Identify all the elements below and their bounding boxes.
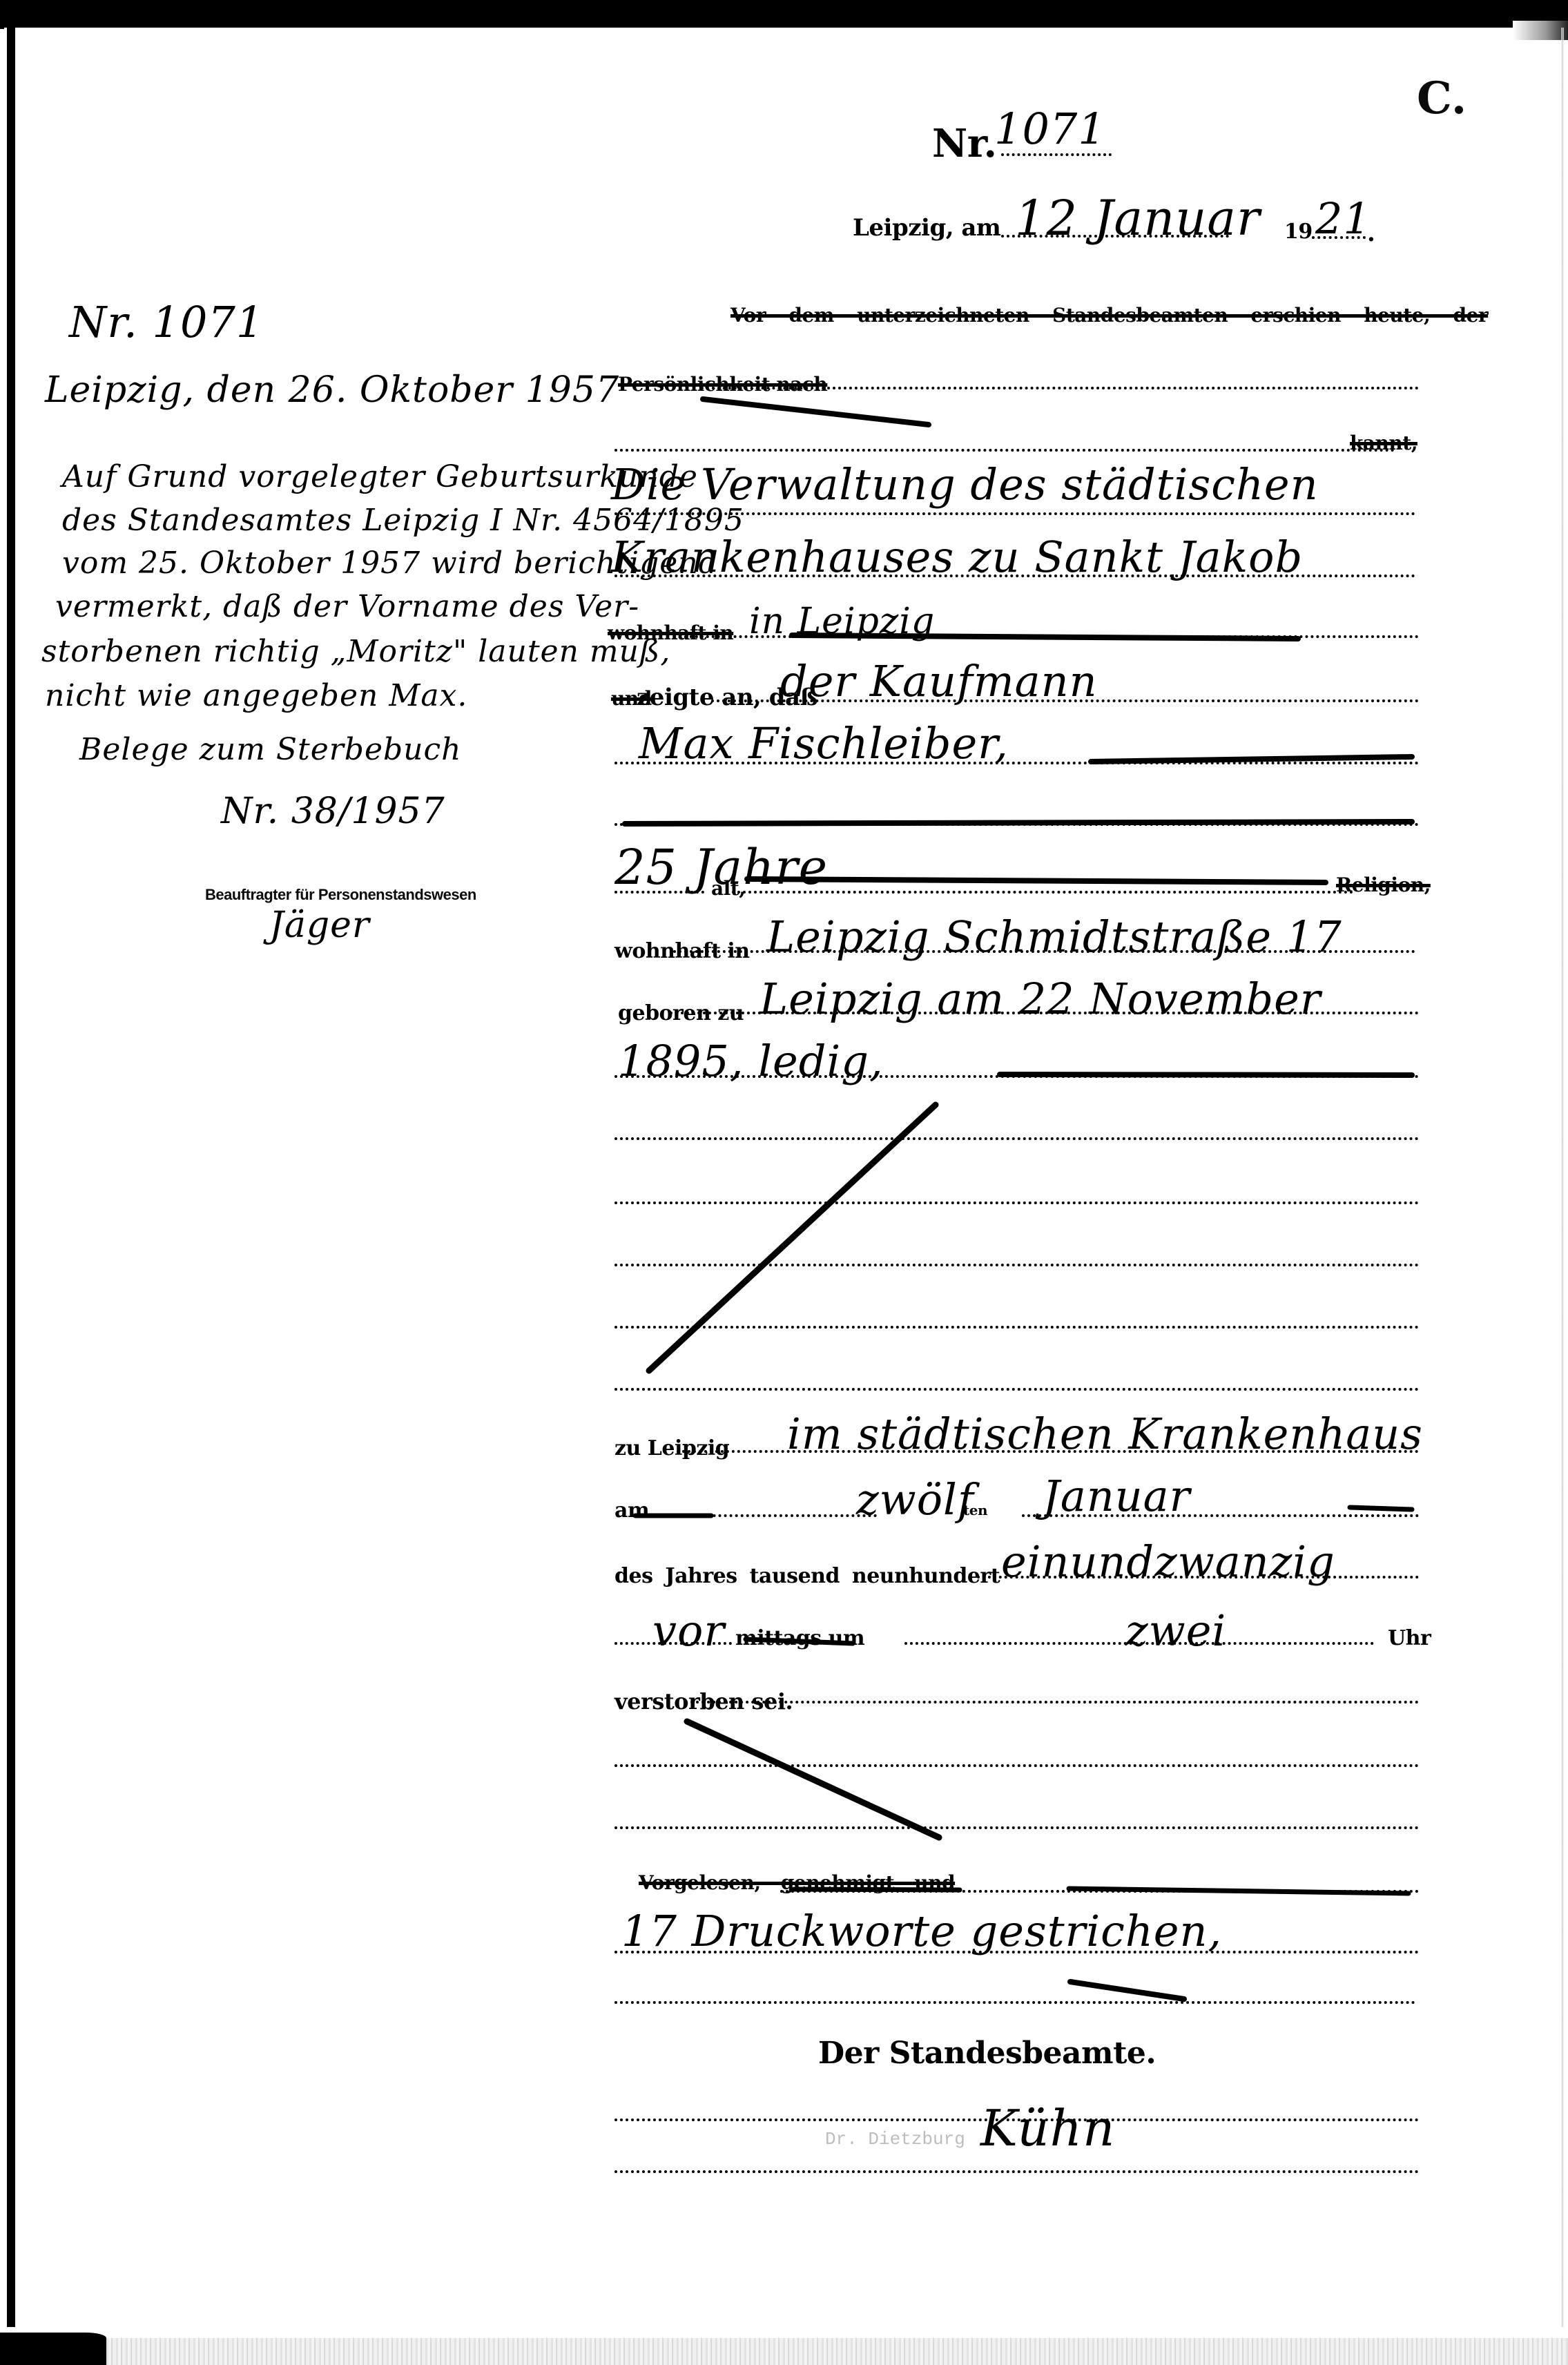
form-line (614, 823, 1419, 826)
form-line (677, 1450, 1419, 1453)
form-line (614, 1826, 1419, 1829)
date-line (1001, 235, 1229, 238)
form-line (635, 1514, 877, 1517)
form-line (780, 1890, 1419, 1893)
form-line (614, 449, 1395, 452)
official-title: Der Standesbeamte. (818, 2036, 1156, 2071)
margin-line-4: vermerkt, daß der Vorname des Ver- (55, 589, 639, 624)
scan-left-border (7, 28, 15, 2327)
scan-top-border (0, 0, 1568, 28)
form-line (614, 1137, 1419, 1140)
deleted-words-note: 17 Druckworte gestrichen, (621, 1906, 1222, 1956)
death-place-label: zu Leipzig (614, 1436, 729, 1460)
date-period: . (1367, 220, 1375, 247)
form-line (614, 1264, 1419, 1266)
form-line (614, 1951, 1419, 1953)
form-line (614, 2170, 1419, 2173)
form-line (614, 1764, 1419, 1767)
form-line (977, 1576, 1419, 1579)
religion-struck: Religion, (1336, 873, 1431, 896)
form-line (614, 1201, 1419, 1204)
form-line (614, 1075, 1419, 1078)
time-prefix-value: vor (652, 1605, 725, 1656)
form-line (673, 950, 1415, 953)
intro-struck-text: Vor dem unterzeichneten Standesbeamten e… (730, 304, 1488, 327)
year-prefix: 19 (1284, 220, 1313, 244)
known-struck-text: kannt, (1350, 432, 1417, 454)
official-stamp: Beauftragter für Personenstandswesen (205, 886, 476, 904)
margin-line-3: vom 25. Oktober 1957 wird berichtigend (62, 546, 719, 581)
form-line (614, 2118, 1419, 2121)
form-line (1022, 1514, 1419, 1517)
form-line (673, 635, 1419, 638)
hour-value: zwei (1125, 1605, 1226, 1656)
number-line (1001, 153, 1112, 156)
form-line (904, 1642, 1374, 1645)
scan-bottom-corner (0, 2333, 106, 2365)
form-line (614, 762, 1419, 764)
margin-number: Nr. 1071 (69, 297, 264, 347)
year-value: einundzwanzig (1001, 1536, 1335, 1587)
form-line (670, 1012, 1419, 1014)
margin-reference-2: Nr. 38/1957 (221, 791, 445, 832)
cancellation-strokes (0, 0, 1568, 2365)
form-line (614, 891, 704, 894)
day-label: am (614, 1498, 649, 1523)
time-label: mittags um (735, 1626, 864, 1650)
form-line (732, 891, 1353, 894)
section-letter: C. (1417, 73, 1467, 124)
identity-struck-text: Persönlichkeit nach (618, 373, 827, 396)
year-label: des Jahres tausend neunhundert (614, 1564, 1000, 1588)
age-label: alt, (711, 877, 745, 900)
form-line (690, 1701, 1419, 1703)
number-label: Nr. (932, 121, 997, 166)
margin-signature: Jäger (269, 905, 370, 946)
form-line (614, 1326, 1419, 1329)
faint-stamp: Dr. Dietzburg (825, 2129, 965, 2150)
year-line (1312, 236, 1366, 239)
form-line (614, 1388, 1419, 1391)
day-value: zwölf (856, 1474, 974, 1525)
scan-bottom-edge (106, 2338, 1568, 2365)
official-signature: Kühn (980, 2099, 1115, 2157)
margin-line-5: storbenen richtig „Moritz" lauten muß, (41, 634, 670, 669)
margin-line-1: Auf Grund vorgelegter Geburtsurkunde (62, 459, 698, 494)
margin-line-2: des Standesamtes Leipzig I Nr. 4564/1895 (62, 503, 744, 538)
form-line (614, 2001, 1415, 2004)
hour-label: Uhr (1388, 1626, 1431, 1650)
address-value: Leipzig Schmidtstraße 17 (766, 911, 1342, 962)
margin-line-6: nicht wie angegeben Max. (45, 678, 467, 713)
day-suffix: ten (963, 1502, 987, 1518)
margin-reference-1: Belege zum Sterbebuch (79, 732, 462, 767)
form-line (614, 1642, 732, 1645)
born-value-2: 1895, ledig, (618, 1036, 884, 1086)
place-date-label: Leipzig, am (853, 214, 1000, 242)
form-line (614, 575, 1415, 577)
born-value: Leipzig am 22 November (759, 974, 1321, 1024)
number-value: 1071 (994, 104, 1106, 154)
margin-date: Leipzig, den 26. Oktober 1957 (45, 369, 619, 411)
form-line (701, 387, 1419, 389)
date-value: 12 Januar (1015, 190, 1260, 247)
page-right-edge (1561, 28, 1564, 2327)
scan-left-border-top (0, 0, 4, 29)
form-line (711, 699, 1419, 702)
